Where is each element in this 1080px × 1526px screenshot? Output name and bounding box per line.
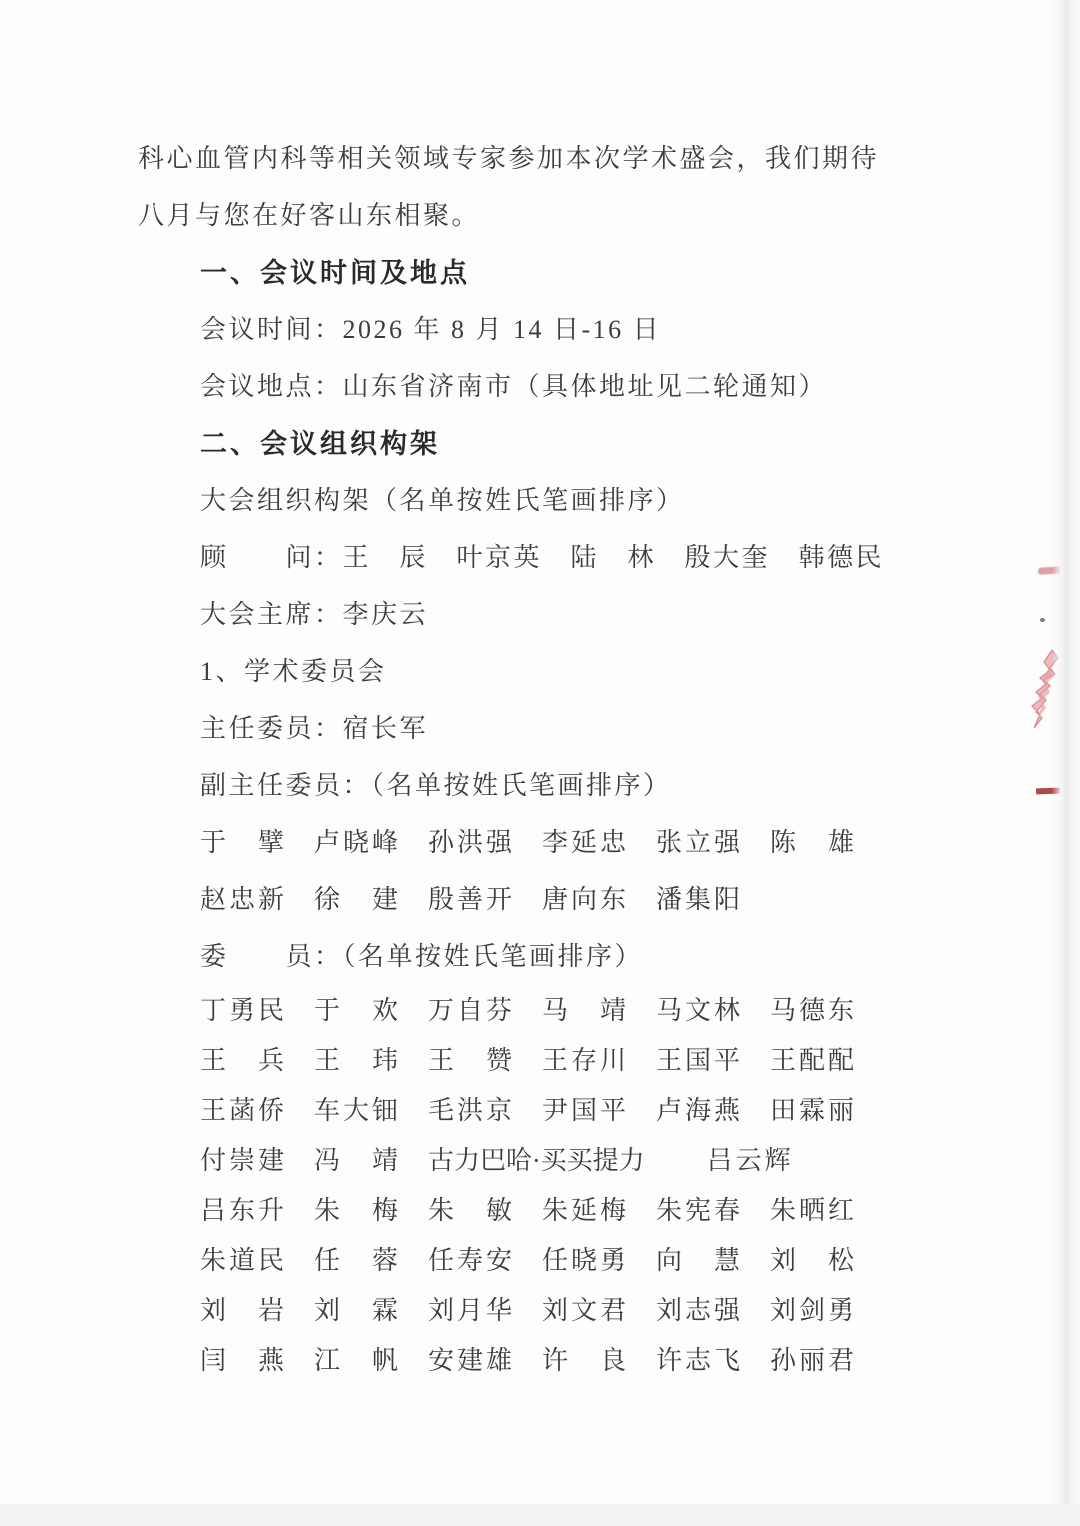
- member-name: 朱道民: [200, 1240, 284, 1277]
- member-name: 向慧: [656, 1240, 740, 1277]
- member-name: 朱晒红: [770, 1190, 854, 1227]
- member-name: 古力巴哈·买买提力: [428, 1140, 645, 1177]
- intro-line-2: 八月与您在好客山东相聚。: [0, 185, 960, 242]
- member-name: 刘月华: [428, 1290, 512, 1327]
- member-name: 马德东: [770, 990, 854, 1027]
- member-name: 冯靖: [314, 1140, 398, 1177]
- member-name: 许志飞: [656, 1340, 740, 1377]
- member-name: 朱宪春: [656, 1190, 740, 1227]
- member-name: 车大钿: [314, 1090, 398, 1127]
- member-name: 田霖丽: [770, 1090, 854, 1127]
- member-name: 于欢: [314, 990, 398, 1027]
- member-name: 毛洪京: [428, 1090, 512, 1127]
- member-name: 朱延梅: [542, 1190, 626, 1227]
- bottom-shade: [0, 1504, 1080, 1526]
- vice-director-row: 于擘卢晓峰孙洪强李延忠张立强陈雄: [0, 812, 960, 869]
- member-name: 王赞: [428, 1040, 512, 1077]
- member-name: 刘松: [770, 1240, 854, 1277]
- vice-director-label: 副主任委员：（名单按姓氏笔画排序）: [0, 755, 960, 812]
- ink-dot: [1040, 618, 1045, 622]
- chairman-line: 大会主席：李庆云: [0, 584, 960, 641]
- committee-director-line: 主任委员：宿长军: [0, 698, 960, 755]
- member-name: 闫燕: [200, 1340, 284, 1377]
- member-row: 付崇建冯靖古力巴哈·买买提力吕云辉: [0, 1133, 960, 1183]
- member-name: 孙洪强: [428, 822, 512, 859]
- member-name: 江帆: [314, 1340, 398, 1377]
- member-name: 王玮: [314, 1040, 398, 1077]
- member-name: 刘文君: [542, 1290, 626, 1327]
- member-name: 刘志强: [656, 1290, 740, 1327]
- document-body: 科心血管内科等相关领域专家参加本次学术盛会，我们期待 八月与您在好客山东相聚。 …: [0, 128, 960, 1383]
- member-name: 潘集阳: [656, 879, 740, 916]
- member-name: 王菡侨: [200, 1090, 284, 1127]
- member-name: 任晓勇: [542, 1240, 626, 1277]
- member-name: 朱敏: [428, 1190, 512, 1227]
- member-name: 王配配: [770, 1040, 854, 1077]
- member-row: 刘岩刘霖刘月华刘文君刘志强刘剑勇: [0, 1283, 960, 1333]
- member-row: 吕东升朱梅朱敏朱延梅朱宪春朱晒红: [0, 1183, 960, 1233]
- member-name: 卢海燕: [656, 1090, 740, 1127]
- member-name: 刘剑勇: [770, 1290, 854, 1327]
- intro-line-1: 科心血管内科等相关领域专家参加本次学术盛会，我们期待: [0, 128, 960, 185]
- section-heading-time: 一、会议时间及地点: [0, 242, 960, 299]
- member-name: 任寿安: [428, 1240, 512, 1277]
- member-name: 孙丽君: [770, 1340, 854, 1377]
- member-name: 付崇建: [200, 1140, 284, 1177]
- member-name: 王存川: [542, 1040, 626, 1077]
- member-name: 王国平: [656, 1040, 740, 1077]
- member-row: 王兵王玮王赞王存川王国平王配配: [0, 1033, 960, 1083]
- member-row: 王菡侨车大钿毛洪京尹国平卢海燕田霖丽: [0, 1083, 960, 1133]
- member-name: 马靖: [542, 990, 626, 1027]
- member-row: 丁勇民于欢万自芬马靖马文林马德东: [0, 983, 960, 1033]
- member-name: 于擘: [200, 822, 284, 859]
- member-name: 安建雄: [428, 1340, 512, 1377]
- member-name: 朱梅: [314, 1190, 398, 1227]
- member-row: 闫燕江帆安建雄许良许志飞孙丽君: [0, 1333, 960, 1383]
- member-name: 张立强: [656, 822, 740, 859]
- member-name: 吕云辉: [707, 1140, 791, 1177]
- member-name: 陈雄: [770, 822, 854, 859]
- member-name: 唐向东: [542, 879, 626, 916]
- member-name: 徐建: [314, 879, 398, 916]
- meeting-location-line: 会议地点：山东省济南市（具体地址见二轮通知）: [0, 356, 960, 413]
- member-name: 王兵: [200, 1040, 284, 1077]
- member-name: 丁勇民: [200, 990, 284, 1027]
- members-label: 委 员：（名单按姓氏笔画排序）: [0, 926, 960, 983]
- member-name: 尹国平: [542, 1090, 626, 1127]
- org-structure-note: 大会组织构架（名单按姓氏笔画排序）: [0, 470, 960, 527]
- meeting-time-line: 会议时间：2026 年 8 月 14 日-16 日: [0, 299, 960, 356]
- member-name: 许良: [542, 1340, 626, 1377]
- member-name: 万自芬: [428, 990, 512, 1027]
- member-row: 朱道民任蓉任寿安任晓勇向慧刘松: [0, 1233, 960, 1283]
- academic-committee-heading: 1、学术委员会: [0, 641, 960, 698]
- advisors-line: 顾 问：王 辰 叶京英 陆 林 殷大奎 韩德民: [0, 527, 960, 584]
- member-name: 卢晓峰: [314, 822, 398, 859]
- member-name: 马文林: [656, 990, 740, 1027]
- member-name: 赵忠新: [200, 879, 284, 916]
- member-name: 殷善开: [428, 879, 512, 916]
- member-name: 刘霖: [314, 1290, 398, 1327]
- page-edge-shadow: [1052, 0, 1080, 1526]
- section-heading-org: 二、会议组织构架: [0, 413, 960, 470]
- member-name: 任蓉: [314, 1240, 398, 1277]
- member-name: 刘岩: [200, 1290, 284, 1327]
- vice-director-row: 赵忠新徐建殷善开唐向东潘集阳: [0, 869, 960, 926]
- member-name: 吕东升: [200, 1190, 284, 1227]
- document-page: 科心血管内科等相关领域专家参加本次学术盛会，我们期待 八月与您在好客山东相聚。 …: [0, 0, 1080, 1526]
- member-name: 李延忠: [542, 822, 626, 859]
